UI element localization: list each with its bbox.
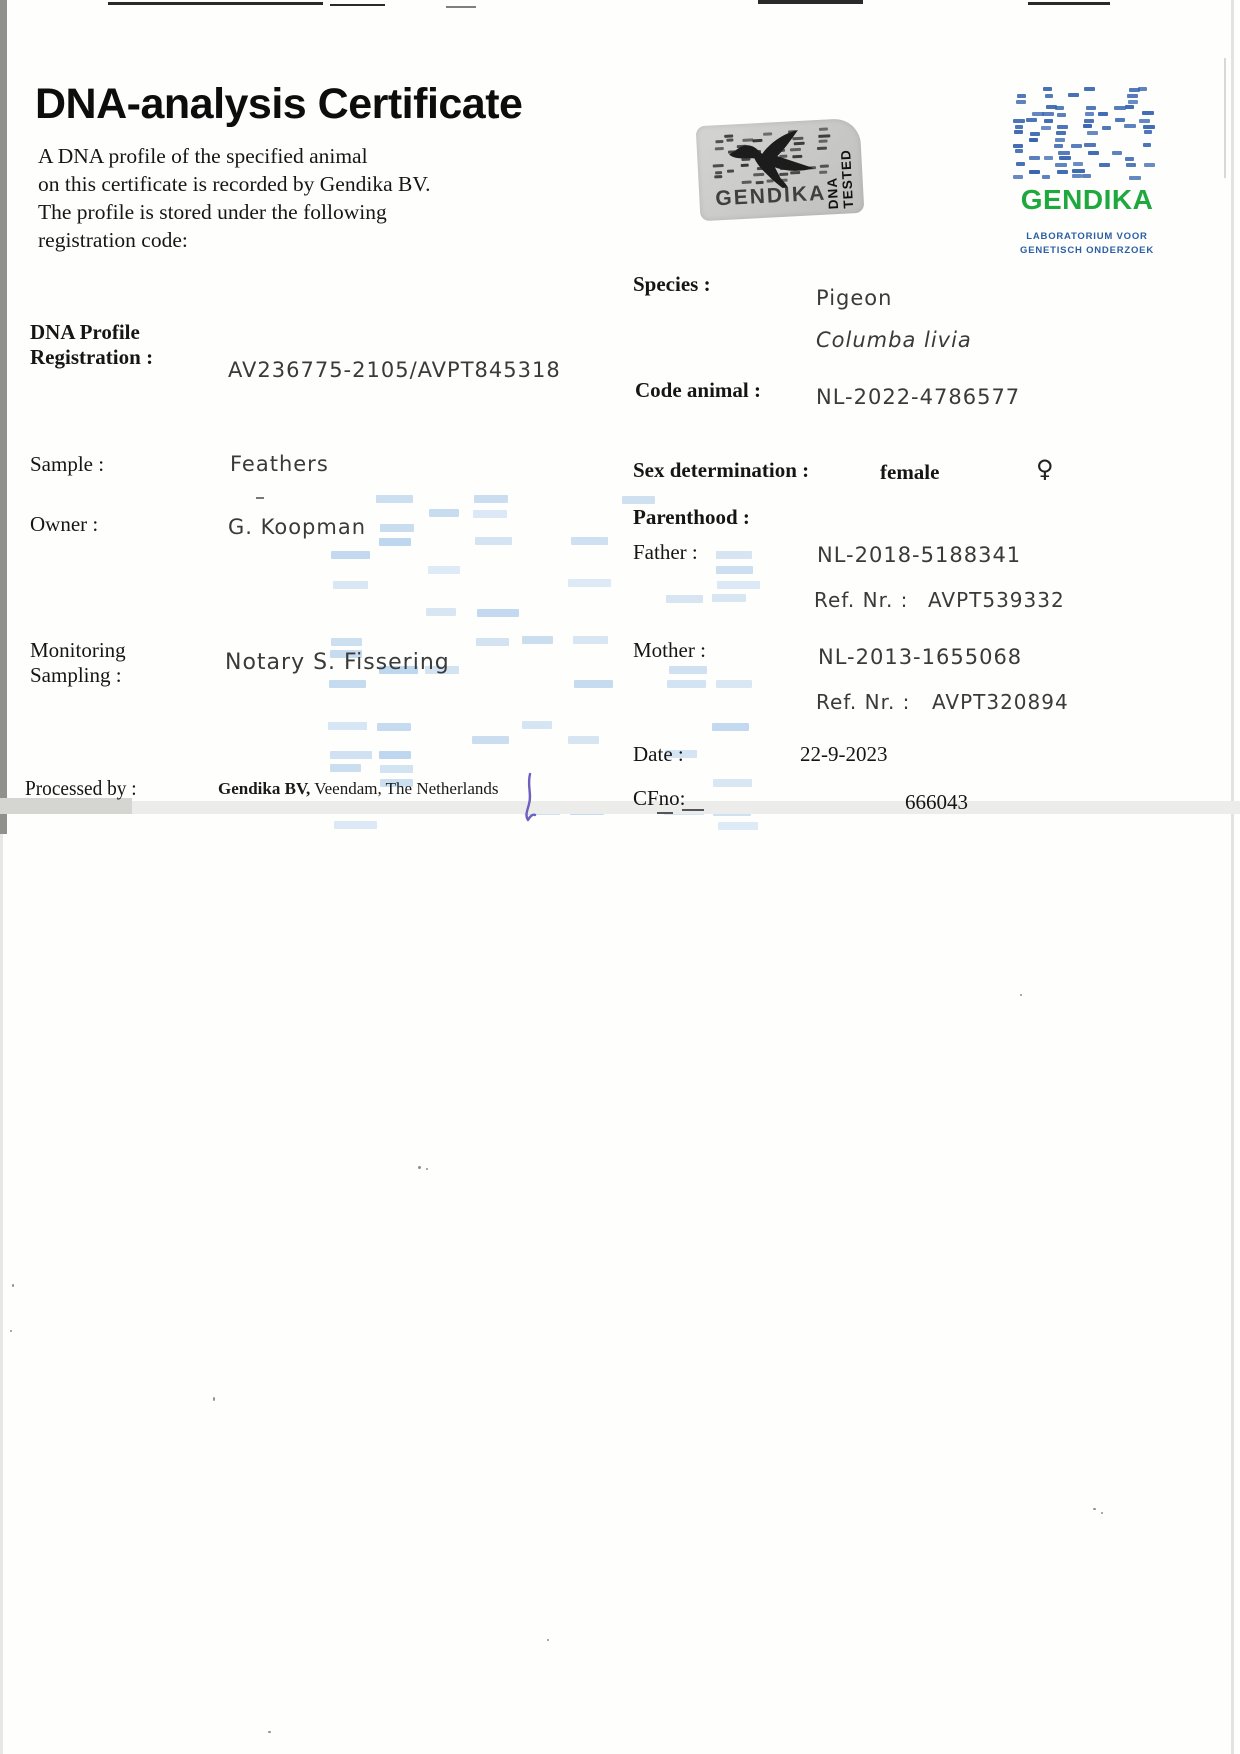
gel-band	[1082, 174, 1090, 178]
gel-band	[1057, 113, 1067, 117]
gel-band	[1138, 87, 1147, 91]
gel-band	[473, 510, 507, 518]
gel-band	[1086, 106, 1096, 110]
intro-line: The profile is stored under the followin…	[38, 198, 598, 226]
processed-by-value: Gendika BV, Veendam, The Netherlands	[218, 779, 499, 799]
gel-band	[1042, 175, 1050, 179]
gel-band	[1128, 100, 1139, 104]
gendika-logo-subtitle: LABORATORIUM VOOR	[1006, 231, 1168, 242]
gel-band	[475, 537, 512, 545]
gel-band	[573, 636, 608, 644]
scan-speck	[213, 1397, 215, 1401]
gel-band	[522, 721, 553, 729]
female-symbol: ♀	[1036, 455, 1054, 483]
gel-band	[1142, 111, 1154, 115]
certificate-page: DNA-analysis Certificate A DNA profile o…	[0, 0, 1240, 1754]
gel-band	[476, 638, 509, 646]
gel-band	[717, 581, 760, 589]
gel-band	[1088, 151, 1099, 155]
scan-artifact	[1028, 2, 1110, 5]
page-title: DNA-analysis Certificate	[35, 80, 522, 129]
scan-artifact	[108, 2, 323, 5]
mother-label: Mother :	[633, 638, 706, 663]
gel-band	[716, 551, 753, 559]
scan-artifact	[758, 0, 863, 4]
gel-band	[1126, 163, 1137, 167]
gel-band	[1144, 130, 1153, 134]
species-value: Pigeon	[816, 286, 892, 310]
gel-band	[1029, 170, 1040, 174]
gel-band	[666, 595, 703, 603]
gel-band	[1112, 151, 1122, 155]
sex-determination-label: Sex determination :	[633, 458, 809, 483]
intro-paragraph: A DNA profile of the specified animal on…	[38, 142, 598, 254]
gel-band	[1043, 87, 1052, 91]
owner-label: Owner :	[30, 512, 98, 537]
scan-speck	[418, 1166, 421, 1169]
gel-band	[1143, 125, 1155, 129]
scan-speck	[10, 1330, 12, 1332]
gel-band	[1029, 156, 1040, 160]
gel-band	[331, 638, 362, 646]
gel-band	[1026, 118, 1036, 122]
gel-band	[1083, 124, 1092, 128]
gel-band	[379, 751, 411, 759]
gel-band	[713, 779, 752, 787]
scan-speck	[547, 1639, 549, 1641]
cfno-label: CFno:	[633, 786, 686, 811]
code-animal-label: Code animal :	[635, 378, 761, 403]
monitoring-label-line1: Monitoring	[30, 638, 126, 663]
species-latin-name: Columba livia	[816, 328, 972, 352]
gel-band	[1055, 163, 1067, 167]
gel-band	[1059, 156, 1071, 160]
gel-band	[1098, 112, 1107, 116]
gel-band	[1084, 119, 1095, 123]
gel-band	[1072, 169, 1085, 173]
mother-ref-label: Ref. Nr. :	[816, 690, 910, 714]
gel-band	[328, 722, 366, 730]
pigeon-silhouette-icon	[714, 124, 829, 192]
gel-band	[1044, 156, 1053, 160]
gel-band	[1013, 175, 1022, 179]
registration-label: DNA Profile Registration :	[30, 320, 153, 370]
gel-band	[1042, 112, 1053, 116]
gel-band	[1102, 126, 1111, 130]
father-label: Father :	[633, 540, 698, 565]
gel-band	[380, 765, 413, 773]
gel-band	[574, 680, 613, 688]
gel-band	[1085, 112, 1095, 116]
gel-band	[1029, 138, 1038, 142]
scan-edge-left-light	[0, 834, 3, 1754]
gel-band	[1099, 163, 1110, 167]
gel-band	[331, 551, 370, 559]
gel-band	[333, 581, 367, 589]
scan-dash	[256, 497, 264, 499]
intro-line: registration code:	[38, 226, 598, 254]
gel-band	[1125, 157, 1134, 161]
dna-tested-sticker: GENDIKA DNA TESTED	[696, 118, 865, 221]
scan-edge-corner	[1224, 58, 1226, 178]
sticker-dna-tested-text: DNA TESTED	[822, 124, 856, 209]
gel-band	[1072, 174, 1081, 178]
gel-band	[330, 751, 372, 759]
gel-band	[1057, 170, 1067, 174]
mother-value: NL-2013-1655068	[818, 645, 1022, 669]
gel-band	[1056, 131, 1066, 135]
code-animal-value: NL-2022-4786577	[816, 385, 1020, 409]
gel-band	[1014, 130, 1023, 134]
scan-speck	[1093, 1508, 1096, 1510]
registration-value: AV236775-2105/AVPT845318	[228, 358, 561, 382]
cfno-value: 666043	[905, 790, 968, 815]
father-value: NL-2018-5188341	[817, 543, 1021, 567]
scan-edge-right	[1231, 0, 1234, 1754]
gel-band	[1144, 163, 1156, 167]
gel-band	[1073, 162, 1083, 166]
registration-label-line2: Registration :	[30, 345, 153, 370]
gel-band	[568, 736, 599, 744]
gel-band	[329, 680, 366, 688]
intro-line: on this certificate is recorded by Gendi…	[38, 170, 598, 198]
scan-edge-left	[0, 0, 7, 834]
gel-band	[622, 496, 656, 504]
sex-value: female	[880, 460, 939, 485]
date-label: Date :	[633, 742, 684, 767]
gel-band	[1054, 144, 1063, 148]
processed-by-company: Gendika BV,	[218, 779, 310, 798]
monitoring-label-line2: Sampling :	[30, 663, 126, 688]
father-ref-value: AVPT539332	[928, 588, 1065, 612]
gel-band	[1016, 100, 1026, 104]
gel-band	[429, 509, 459, 517]
scan-dash	[657, 812, 673, 814]
gel-band	[1058, 151, 1070, 155]
gel-band	[1068, 93, 1079, 97]
processed-by-label: Processed by :	[25, 776, 137, 801]
gel-band	[1015, 149, 1023, 153]
scan-artifact	[330, 4, 385, 6]
father-ref-label: Ref. Nr. :	[814, 588, 908, 612]
gel-band	[1030, 132, 1039, 136]
scan-speck	[1020, 994, 1022, 996]
gel-band	[379, 538, 411, 546]
gel-band	[716, 680, 751, 688]
gel-band	[377, 723, 411, 731]
gel-band	[571, 537, 608, 545]
gendika-logo-gel-icon	[1012, 86, 1158, 180]
gel-band	[1129, 176, 1142, 180]
gel-band	[1017, 94, 1026, 98]
processed-by-location: Veendam, The Netherlands	[310, 779, 498, 798]
scan-speck	[426, 1168, 428, 1170]
gel-band	[1127, 94, 1138, 98]
gel-band	[426, 608, 456, 616]
gel-band	[1057, 125, 1068, 129]
gel-band	[1016, 162, 1026, 166]
gel-band	[718, 822, 758, 830]
species-label: Species :	[633, 272, 711, 297]
gel-band	[1071, 144, 1082, 148]
owner-value: G. Koopman	[228, 515, 366, 539]
gendika-logo-subtitle: GENETISCH ONDERZOEK	[1006, 245, 1168, 256]
scan-speck	[12, 1284, 14, 1287]
scan-speck	[1101, 1512, 1103, 1514]
gendika-logo-brand: GENDIKA	[1012, 184, 1162, 216]
scan-streak	[0, 801, 1240, 814]
gel-band	[474, 495, 508, 503]
gel-band	[716, 566, 753, 574]
gel-band	[1124, 124, 1136, 128]
pen-mark	[519, 772, 541, 822]
sample-label: Sample :	[30, 452, 104, 477]
gel-band	[428, 566, 461, 574]
gel-band	[380, 524, 414, 532]
gel-band	[477, 609, 519, 617]
gel-band	[1143, 143, 1152, 147]
gel-band	[1055, 138, 1065, 142]
gel-band	[669, 666, 707, 674]
gel-band	[522, 636, 553, 644]
gel-band	[712, 723, 748, 731]
gel-band	[712, 594, 745, 602]
scan-speck	[268, 1731, 271, 1733]
gel-band	[1125, 105, 1135, 109]
gel-band	[334, 821, 377, 829]
gel-band	[376, 495, 413, 503]
gel-band	[1045, 94, 1053, 98]
gel-band	[1013, 144, 1023, 148]
gel-band	[667, 680, 706, 688]
date-value: 22-9-2023	[800, 742, 888, 767]
monitoring-value: Notary S. Fissering	[225, 650, 450, 675]
gel-band	[330, 764, 361, 772]
gel-band	[1055, 106, 1064, 110]
gel-band	[472, 736, 509, 744]
mother-ref-value: AVPT320894	[932, 690, 1069, 714]
gel-band	[1115, 118, 1125, 122]
gel-band	[1084, 87, 1095, 91]
gel-band	[1087, 131, 1098, 135]
registration-label-line1: DNA Profile	[30, 320, 153, 345]
gel-band	[1041, 126, 1051, 130]
intro-line: A DNA profile of the specified animal	[38, 142, 598, 170]
monitoring-label: Monitoring Sampling :	[30, 638, 126, 688]
sample-value: Feathers	[230, 452, 329, 476]
gel-band	[1044, 119, 1054, 123]
sticker-brand-text: GENDIKA	[715, 182, 827, 212]
scan-artifact	[446, 6, 476, 8]
gel-band	[1015, 125, 1023, 129]
gel-band	[1084, 143, 1096, 147]
gel-band	[1013, 119, 1024, 123]
gel-band	[568, 579, 611, 587]
gel-band	[1139, 119, 1150, 123]
parenthood-label: Parenthood :	[633, 505, 750, 530]
